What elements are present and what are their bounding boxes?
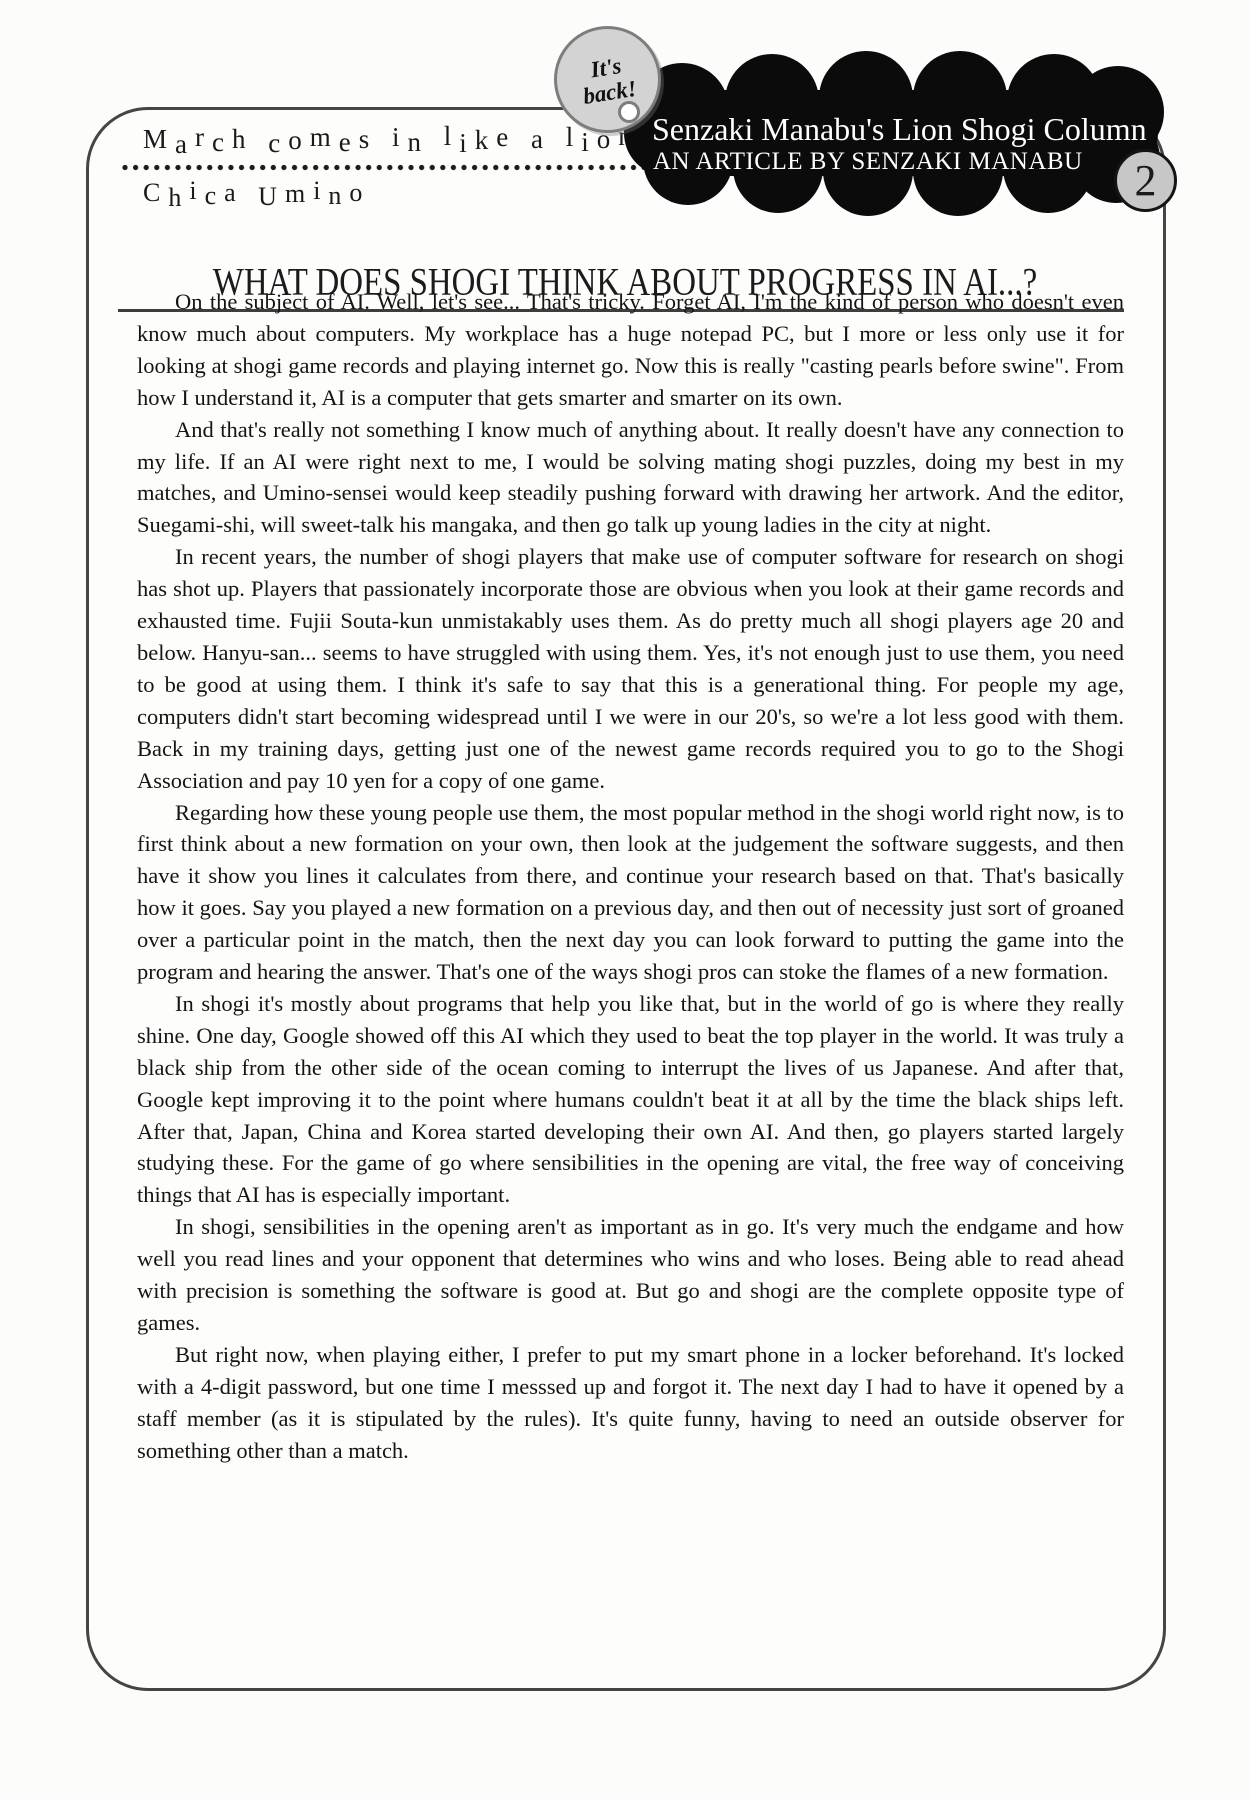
series-divider-dotted — [121, 163, 645, 172]
issue-number-badge: 2 — [1114, 149, 1177, 212]
banner-subtitle: AN ARTICLE BY SENZAKI MANABU — [653, 148, 1083, 176]
series-title: March comes in like a lion — [143, 124, 640, 155]
article-paragraph: In shogi it's mostly about programs that… — [137, 988, 1124, 1211]
article-paragraph: In recent years, the number of shogi pla… — [137, 541, 1124, 796]
issue-number: 2 — [1135, 155, 1157, 206]
its-back-bubble: It's back! — [554, 26, 661, 133]
author-name: Chica Umino — [143, 178, 370, 208]
its-back-bubble-text: It's back! — [577, 51, 638, 109]
article-paragraph: On the subject of AI. Well, let's see...… — [137, 286, 1124, 414]
banner-title: Senzaki Manabu's Lion Shogi Column — [652, 111, 1132, 147]
article-paragraph: And that's really not something I know m… — [137, 414, 1124, 542]
bubble-tail-icon — [618, 101, 640, 123]
scanned-column-page: March comes in like a lion Chica Umino I… — [0, 0, 1250, 1800]
article-paragraph: But right now, when playing either, I pr… — [137, 1339, 1124, 1467]
article-paragraph: Regarding how these young people use the… — [137, 797, 1124, 988]
article-body: On the subject of AI. Well, let's see...… — [137, 282, 1124, 1467]
column-banner: Senzaki Manabu's Lion Shogi Column AN AR… — [610, 50, 1174, 220]
article-paragraph: In shogi, sensibilities in the opening a… — [137, 1211, 1124, 1339]
